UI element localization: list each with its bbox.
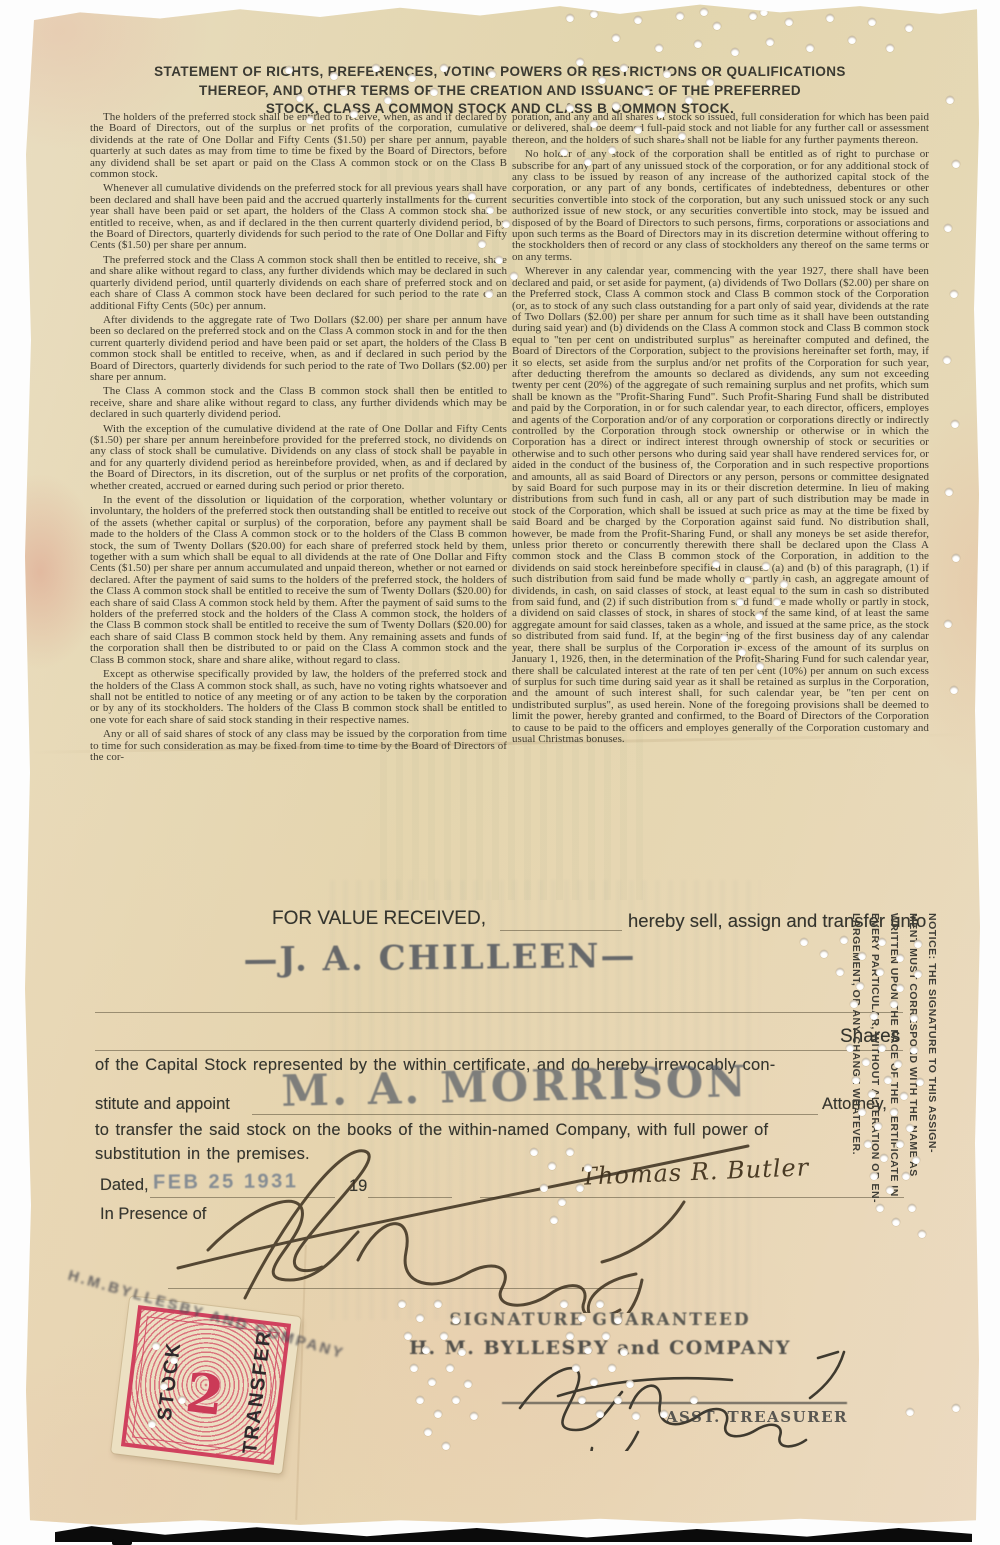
punch-hole <box>864 1140 872 1148</box>
punch-hole <box>690 1396 698 1404</box>
punch-hole <box>495 256 503 264</box>
punch-hole <box>943 356 951 364</box>
punch-hole <box>598 76 606 84</box>
punch-hole <box>458 1348 466 1356</box>
punch-hole <box>858 1108 866 1116</box>
scan-edge-shadow <box>112 1539 132 1545</box>
punch-hole <box>634 126 642 134</box>
punch-hole <box>478 240 486 248</box>
assignee-name-stamp: —J. A. CHILLEEN— <box>200 935 680 980</box>
punch-hole <box>584 1164 592 1172</box>
punch-hole <box>464 1380 472 1388</box>
paragraph: In the event of the dissolution or liqui… <box>90 495 507 666</box>
punch-hole <box>626 1380 634 1388</box>
punch-hole <box>486 206 494 214</box>
scan-edge-shadow <box>55 1524 972 1542</box>
punch-hole <box>902 1172 910 1180</box>
punch-hole <box>890 1108 898 1116</box>
punch-hole <box>908 1204 916 1212</box>
signature-notice: NOTICE: THE SIGNATURE TO THIS ASSIGN-MEN… <box>845 913 941 1231</box>
punch-hole <box>712 560 720 568</box>
punch-hole <box>578 1396 586 1404</box>
punch-hole <box>446 1364 454 1372</box>
paragraph: STATEMENT OF RIGHTS, PREFERENCES, VOTING… <box>100 63 900 82</box>
punch-hole <box>914 940 922 948</box>
punch-hole <box>720 634 728 642</box>
punch-hole <box>946 96 954 104</box>
punch-hole <box>884 1076 892 1084</box>
paragraph: Wherever in any calendar year, commencin… <box>512 266 929 745</box>
punch-hole <box>614 1316 622 1324</box>
punch-hole <box>566 1148 574 1156</box>
punch-hole <box>596 1410 604 1418</box>
punch-hole <box>590 1378 598 1386</box>
witness-signature <box>150 1128 780 1313</box>
punch-hole <box>152 1342 160 1350</box>
punch-hole <box>906 1408 914 1416</box>
punch-hole <box>632 1412 640 1420</box>
punch-hole <box>755 612 763 620</box>
punch-hole <box>576 58 584 66</box>
punch-hole <box>706 78 714 86</box>
blank-line <box>500 930 622 931</box>
punch-hole <box>760 8 768 16</box>
punch-hole <box>806 44 814 52</box>
punch-hole <box>170 1356 178 1364</box>
punch-hole <box>826 14 834 22</box>
punch-hole <box>876 968 884 976</box>
punch-hole <box>892 1218 900 1226</box>
punch-hole <box>452 1316 460 1324</box>
punch-hole <box>440 1332 448 1340</box>
punch-hole <box>694 40 702 48</box>
treasurer-title: ASST. TREASURER <box>500 1408 848 1426</box>
punch-hole <box>372 64 380 72</box>
punch-hole <box>780 580 788 588</box>
punch-hole <box>820 950 828 958</box>
punch-hole <box>952 554 960 562</box>
punch-hole <box>852 1076 860 1084</box>
legal-text-right-column: poration, and any and all shares of stoc… <box>512 112 929 748</box>
paragraph: The preferred stock and the Class A comm… <box>90 255 507 312</box>
punch-hole <box>590 120 598 128</box>
punch-hole <box>894 1060 902 1068</box>
paragraph: THEREOF, AND OTHER TERMS OF THE CREATION… <box>100 82 900 101</box>
punch-hole <box>874 1122 882 1130</box>
punch-hole <box>685 96 693 104</box>
paragraph: After dividends to the aggregate rate of… <box>90 315 507 383</box>
paragraph: NOTICE: THE SIGNATURE TO THIS ASSIGN- <box>922 913 941 1231</box>
scanned-certificate-page: { "title_lines": [ "STATEMENT OF RIGHTS,… <box>0 0 1000 1545</box>
punch-hole <box>762 562 770 570</box>
punch-hole <box>550 1216 558 1224</box>
punch-hole <box>428 1378 436 1386</box>
punch-hole <box>700 8 708 16</box>
punch-hole <box>404 1332 412 1340</box>
punch-hole <box>749 12 757 20</box>
punch-hole <box>657 110 665 118</box>
constitute-appoint-label: stitute and appoint <box>95 1095 230 1114</box>
punch-hole <box>890 1000 898 1008</box>
paragraph: The Class A common stock and the Class B… <box>90 386 507 420</box>
punch-hole <box>572 1364 580 1372</box>
punch-hole <box>836 968 844 976</box>
punch-hole <box>868 1090 876 1098</box>
punch-hole <box>330 72 338 80</box>
punch-hole <box>578 1314 586 1322</box>
punch-hole <box>906 1124 914 1132</box>
punch-hole <box>655 44 663 52</box>
punch-hole <box>510 272 518 280</box>
punch-hole <box>430 88 438 96</box>
punch-hole <box>566 14 574 22</box>
punch-hole <box>596 1300 604 1308</box>
paragraph: poration, and any and all shares of stoc… <box>512 112 929 146</box>
punch-hole <box>530 1148 538 1156</box>
punch-hole <box>614 1396 622 1404</box>
punch-hole <box>952 160 960 168</box>
punch-hole <box>840 936 848 944</box>
paragraph: Whenever all cumulative dividends on the… <box>90 183 507 251</box>
dated-label: Dated, <box>100 1176 149 1195</box>
punch-hole <box>584 158 592 166</box>
punch-hole <box>434 1410 442 1418</box>
punch-hole <box>870 1012 878 1020</box>
punch-hole <box>560 1300 568 1308</box>
treasurer-signature <box>488 1336 863 1451</box>
punch-hole <box>642 88 650 96</box>
paragraph: MENT MUST CORRESPOND WITH THE NAME AS <box>903 913 922 1231</box>
punch-hole <box>910 1014 918 1022</box>
punch-hole <box>148 1420 156 1428</box>
punch-hole <box>416 1396 424 1404</box>
punch-hole <box>384 96 392 104</box>
punch-hole <box>178 1396 186 1404</box>
punch-hole <box>910 1046 918 1054</box>
punch-hole <box>576 1184 584 1192</box>
legal-text-left-column: The holders of the preferred stock shall… <box>90 112 507 766</box>
punch-hole <box>410 1364 418 1372</box>
punch-hole <box>846 1044 854 1052</box>
punch-hole <box>285 66 293 74</box>
punch-hole <box>868 18 876 26</box>
punch-hole <box>896 954 904 962</box>
treasurer-signature-line <box>502 1402 847 1404</box>
punch-hole <box>566 104 574 112</box>
punch-hole <box>422 1346 430 1354</box>
punch-hole <box>736 598 744 606</box>
punch-hole <box>766 38 774 46</box>
punch-hole <box>886 1186 894 1194</box>
paragraph: EVERY PARTICULAR, WITHOUT ALTERATION OR … <box>865 913 884 1231</box>
punch-hole <box>558 1198 566 1206</box>
punch-hole <box>886 44 894 52</box>
punch-hole <box>408 74 416 82</box>
punch-hole <box>918 1230 926 1238</box>
punch-hole <box>560 148 568 156</box>
punch-hole <box>773 598 781 606</box>
punch-hole <box>850 1000 858 1008</box>
certificate-paper: STATEMENT OF RIGHTS, PREFERENCES, VOTING… <box>0 0 1000 1545</box>
punch-hole <box>951 420 959 428</box>
paragraph: With the exception of the cumulative div… <box>90 424 507 492</box>
punch-hole <box>612 34 620 42</box>
punch-hole <box>584 1346 592 1354</box>
punch-hole <box>502 220 510 228</box>
punch-hole <box>856 982 864 990</box>
punch-hole <box>880 1154 888 1162</box>
punch-hole <box>660 1410 668 1418</box>
punch-hole <box>914 970 922 978</box>
punch-hole <box>905 24 913 32</box>
punch-hole <box>470 1412 478 1420</box>
punch-hole <box>608 1364 616 1372</box>
punch-hole <box>434 1300 442 1308</box>
punch-hole <box>800 938 808 946</box>
paragraph: No holder of any stock of the corporatio… <box>512 149 929 263</box>
punch-hole <box>612 102 620 110</box>
punch-hole <box>160 1382 168 1390</box>
paragraph: Except as otherwise specifically provide… <box>90 669 507 726</box>
punch-hole <box>912 1156 920 1164</box>
punch-hole <box>590 10 598 18</box>
punch-hole <box>744 576 752 584</box>
punch-hole <box>416 1314 424 1322</box>
punch-hole <box>944 620 952 628</box>
punch-hole <box>452 1396 460 1404</box>
punch-hole <box>398 1300 406 1308</box>
punch-hole <box>950 290 958 298</box>
punch-hole <box>945 488 953 496</box>
punch-hole <box>350 110 358 118</box>
punch-hole <box>602 1332 610 1340</box>
punch-hole <box>713 22 721 30</box>
signature-guaranteed-stamp: SIGNATURE GUARANTEED <box>350 1310 850 1330</box>
punch-hole <box>950 686 958 694</box>
punch-hole <box>306 116 314 124</box>
punch-hole <box>442 1442 450 1450</box>
punch-hole <box>424 1428 432 1436</box>
punch-hole <box>485 290 493 298</box>
punch-hole <box>634 16 642 24</box>
punch-hole <box>848 36 856 44</box>
punch-hole <box>896 1140 904 1148</box>
punch-hole <box>756 662 764 670</box>
for-value-received-label: FOR VALUE RECEIVED, <box>272 908 486 930</box>
punch-hole <box>785 18 793 26</box>
punch-hole <box>440 64 448 72</box>
shares-line <box>95 1050 903 1051</box>
paragraph: Any or all of said shares of stock of an… <box>90 729 507 763</box>
punch-hole <box>878 938 886 946</box>
punch-hole <box>862 1058 870 1066</box>
punch-hole <box>858 952 866 960</box>
punch-hole <box>731 48 739 56</box>
punch-hole <box>678 132 686 140</box>
punch-hole <box>738 648 746 656</box>
punch-hole <box>870 1172 878 1180</box>
punch-hole <box>676 12 684 20</box>
punch-hole <box>608 146 616 154</box>
punch-hole <box>876 1204 884 1212</box>
punch-hole <box>663 70 671 78</box>
punch-hole <box>900 1092 908 1100</box>
punch-hole <box>896 984 904 992</box>
punch-hole <box>548 1162 556 1170</box>
paragraph: LARGEMENT, OR ANY CHANGE WHATEVER. <box>846 913 865 1231</box>
punch-hole <box>952 1404 960 1412</box>
punch-hole <box>540 1184 548 1192</box>
punch-hole <box>488 70 496 78</box>
punch-hole <box>468 192 476 200</box>
punch-hole <box>944 224 952 232</box>
paragraph: The holders of the preferred stock shall… <box>90 112 507 180</box>
assignee-line <box>95 1012 903 1013</box>
punch-hole <box>620 1348 628 1356</box>
punch-hole <box>916 1078 924 1086</box>
punch-hole <box>620 64 628 72</box>
punch-hole <box>340 88 348 96</box>
punch-hole <box>878 1044 886 1052</box>
punch-hole <box>566 1332 574 1340</box>
punch-hole <box>296 94 304 102</box>
